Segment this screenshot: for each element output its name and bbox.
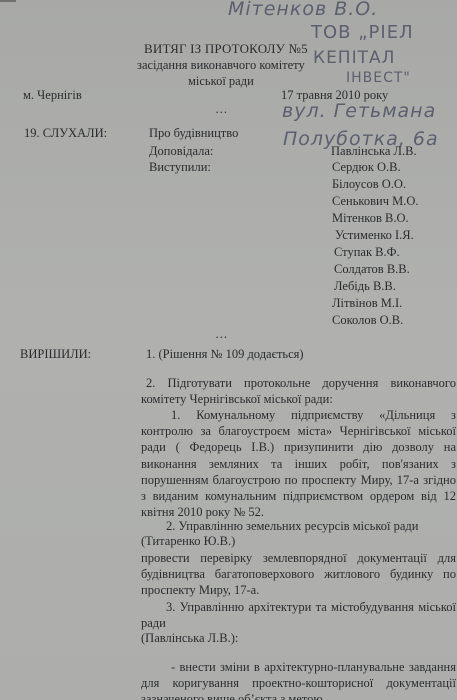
scan-edge xyxy=(0,0,16,2)
speaker-item: Сенькович М.О. xyxy=(332,194,419,209)
decision-item-1: 1. (Рішення № 109 додається) xyxy=(146,347,304,362)
decision-subitem-3-person: (Павлінська Л.В.): xyxy=(141,631,238,646)
decision-subitem-3-bullet: - внести зміни в архітектурно-планувальн… xyxy=(141,659,456,700)
heard-topic: Про будівництво xyxy=(149,126,238,141)
handwritten-company-3: ІНВЕСТ" xyxy=(346,70,411,86)
city: м. Чернігів xyxy=(23,88,82,103)
ellipsis-separator-2: … xyxy=(215,327,228,342)
speaker-item: Устименко І.Я. xyxy=(335,228,414,243)
document-page: Мітенков В.О. ТОВ „РІЕЛ КЕПІТАЛ ІНВЕСТ" … xyxy=(0,0,457,700)
speaker-item: Білоусов О.О. xyxy=(332,177,406,192)
speaker-item: Ступак В.Ф. xyxy=(334,245,400,260)
document-subtitle: засідання виконавчого комітету xyxy=(137,58,305,73)
speaker-item: Мітенков В.О. xyxy=(332,211,409,226)
speaker-item: Солдатов В.В. xyxy=(334,262,410,277)
reporter-name: Павлінська Л.В. xyxy=(331,144,417,159)
speaker-item: Соколов О.В. xyxy=(332,313,403,328)
handwritten-company-1: ТОВ „РІЕЛ xyxy=(311,22,414,43)
decision-item-2: 2. Підготувати протокольне доручення вик… xyxy=(141,375,456,407)
decision-subitem-3-head: 3. Управлінню архітектури та містобудува… xyxy=(141,599,456,631)
speaker-item: Сердюк О.В. xyxy=(332,160,401,175)
speaker-item: Літвінов М.І. xyxy=(332,296,402,311)
decision-subitem-2-person: (Титаренко Ю.В.) xyxy=(141,534,235,549)
document-subtitle-2: міської ради xyxy=(188,74,254,89)
reporter-label: Доповідала: xyxy=(149,144,213,159)
speakers-label: Виступили: xyxy=(149,160,211,175)
date: 17 травня 2010 року xyxy=(281,88,388,103)
handwritten-name: Мітенков В.О. xyxy=(228,0,378,20)
decision-subitem-2-body: провести перевірку землевпорядної докуме… xyxy=(141,550,456,599)
speaker-item: Лебідь В.В. xyxy=(334,279,396,294)
heard-label: 19. СЛУХАЛИ: xyxy=(24,126,107,141)
document-title: ВИТЯГ ІЗ ПРОТОКОЛУ №5 xyxy=(144,41,308,57)
handwritten-street-1: вул. Гетьмана xyxy=(282,100,436,122)
ellipsis-separator: … xyxy=(215,102,228,117)
decided-label: ВИРІШИЛИ: xyxy=(20,347,91,362)
handwritten-company-2: КЕПІТАЛ xyxy=(313,48,395,68)
decision-subitem-1: 1. Комунальному підприємству «Дільниця з… xyxy=(141,407,456,520)
decision-subitem-2-head: 2. Управлінню земельних ресурсів міської… xyxy=(141,518,456,534)
